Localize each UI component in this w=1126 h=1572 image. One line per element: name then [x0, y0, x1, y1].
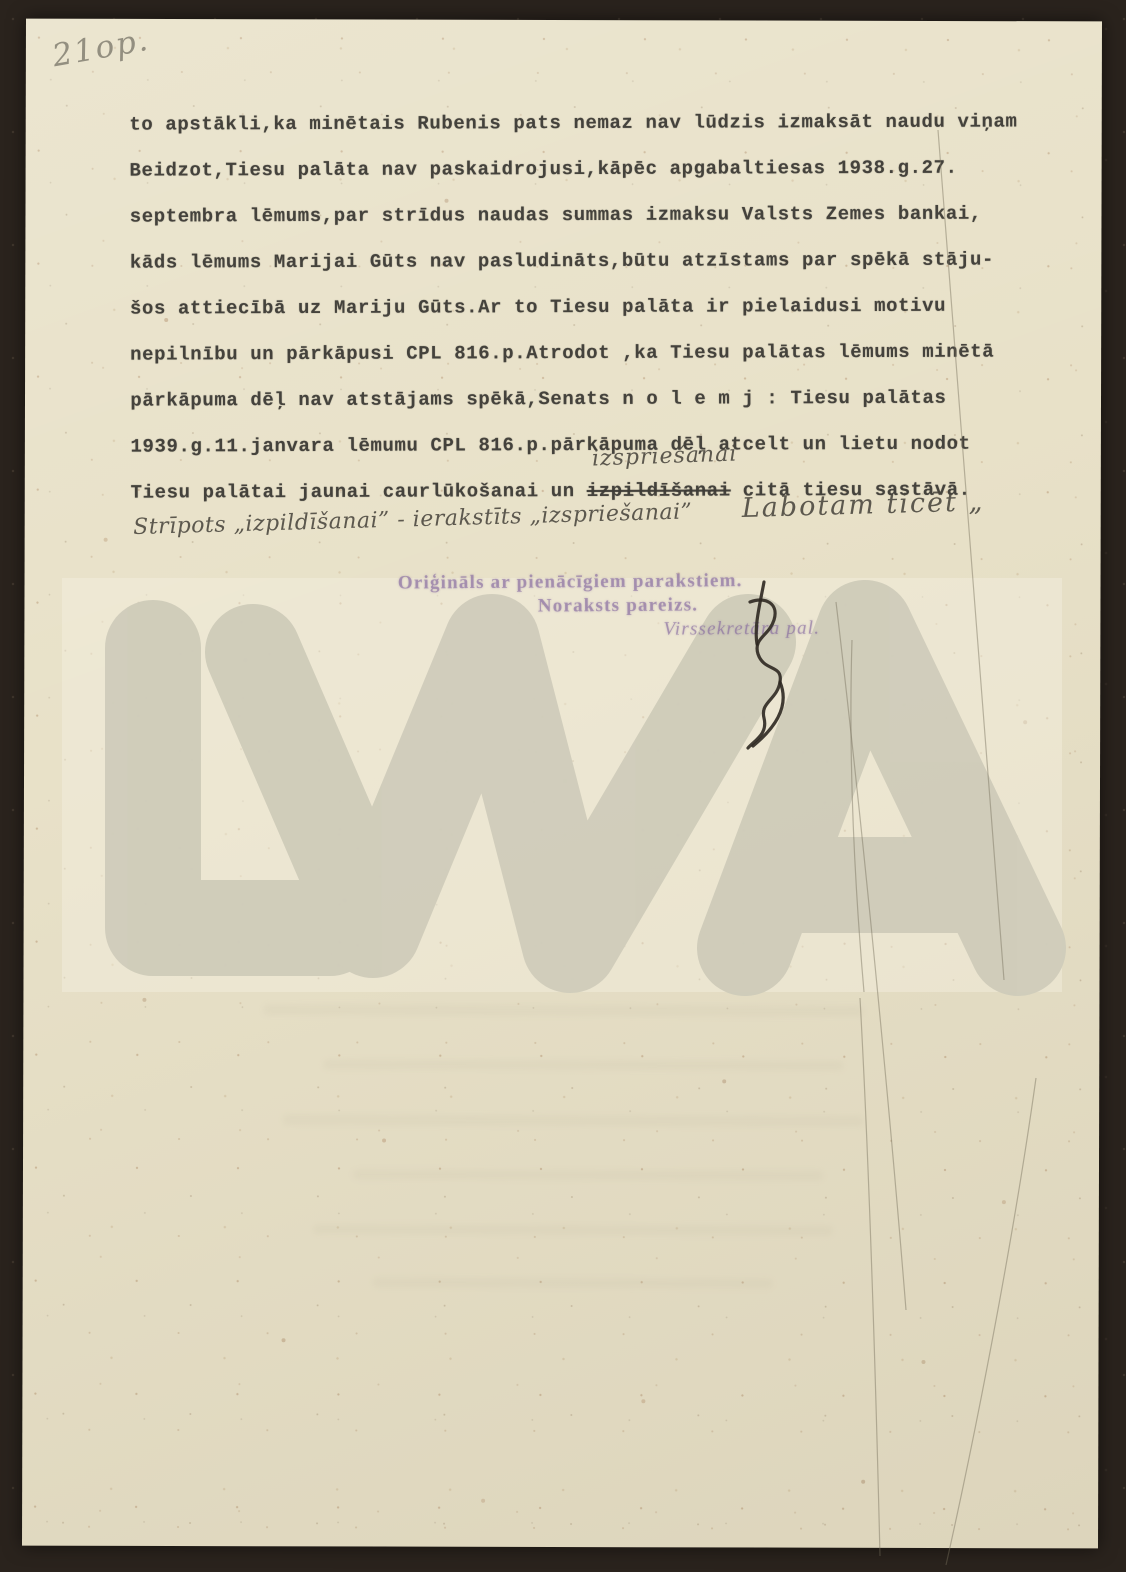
scratch-marks: [0, 0, 1126, 1572]
scan-background: 21op. to apstākli,ka minētais Rubenis pa…: [0, 0, 1126, 1572]
